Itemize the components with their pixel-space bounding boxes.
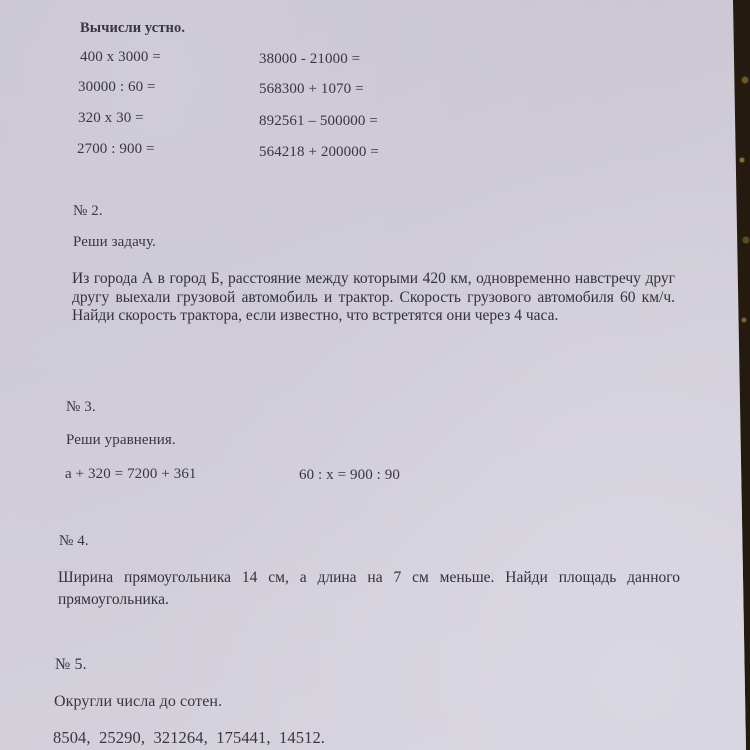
task3-number: № 3. <box>66 399 96 416</box>
task1-expression: 568300 + 1070 = <box>259 81 364 98</box>
task1-expression: 564218 + 200000 = <box>259 144 379 161</box>
task3-equation: 60 : x = 900 : 90 <box>299 467 400 484</box>
task4-number: № 4. <box>59 533 89 550</box>
task3-instruction: Реши уравнения. <box>66 432 176 449</box>
task2-number: № 2. <box>73 203 103 220</box>
task1-expression: 38000 - 21000 = <box>259 51 360 68</box>
task1-instruction: Вычисли устно. <box>80 20 185 37</box>
task1-expression: 400 x 3000 = <box>80 49 161 66</box>
task5-instruction: Округли числа до сотен. <box>54 693 222 711</box>
task5-number: № 5. <box>55 656 87 674</box>
task5-numbers: 8504, 25290, 321264, 175441, 14512. <box>53 728 325 748</box>
task2-problem-text: Из города А в город Б, расстояние между … <box>72 270 675 326</box>
task2-instruction: Реши задачу. <box>73 234 156 251</box>
cut-off-task-number: № 1. <box>80 0 108 4</box>
task4-problem-text: Ширина прямоугольника 14 см, а длина на … <box>58 567 680 611</box>
task1-expression: 30000 : 60 = <box>78 79 156 96</box>
task1-expression: 2700 : 900 = <box>77 141 155 158</box>
task1-expression: 320 x 30 = <box>78 110 144 127</box>
worksheet-content: № 1. Вычисли устно. 400 x 3000 = 30000 :… <box>0 0 750 750</box>
worksheet-paper: № 1. Вычисли устно. 400 x 3000 = 30000 :… <box>0 0 750 750</box>
task1-expression: 892561 – 500000 = <box>259 113 378 130</box>
task3-equation: a + 320 = 7200 + 361 <box>65 466 197 483</box>
